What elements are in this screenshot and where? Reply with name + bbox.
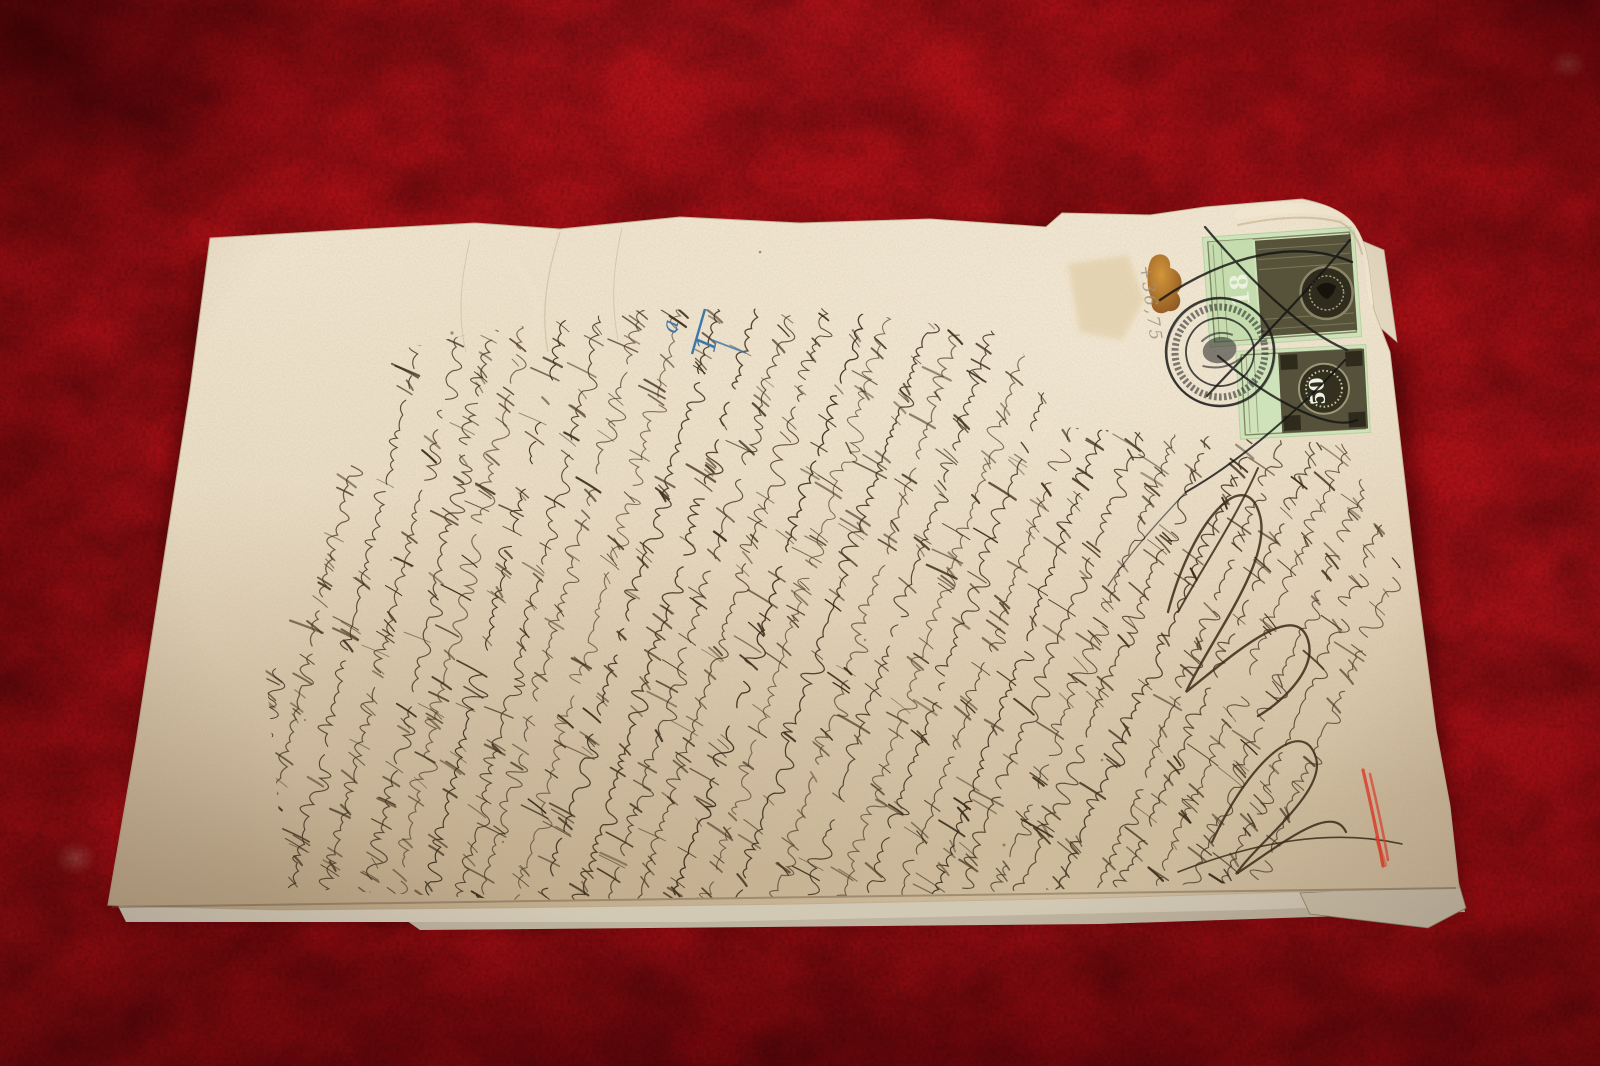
photograph: 18 50	[0, 0, 1600, 1066]
revenue-stamp-top: 18	[1202, 227, 1361, 347]
document-scene: 18 50	[0, 0, 1600, 1066]
